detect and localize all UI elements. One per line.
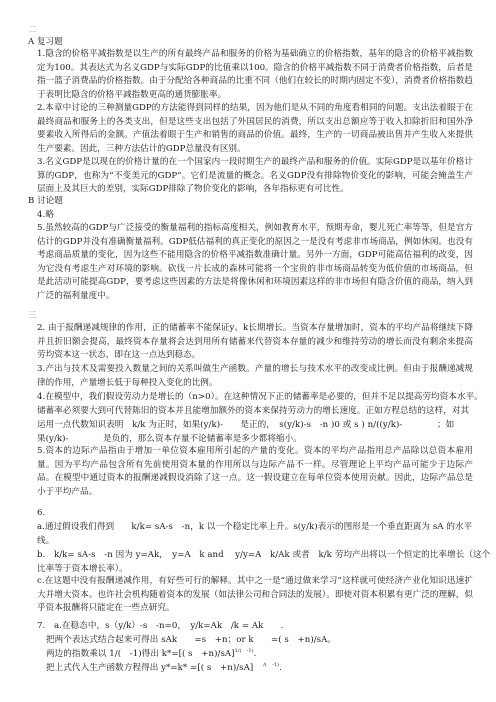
section-marker-three: 三: [28, 310, 37, 322]
answer-3-2: 2. 由于报酬递减规律的作用，正的储蓄率不能保证y、k长期增长。当资本存量增加时…: [37, 322, 473, 363]
answer-7a-line-3-main: 两边的指数乘以 1/( -1)得出 k*=[( s +n)/sA]: [46, 649, 235, 659]
answer-7a-line-3: 两边的指数乘以 1/( -1)得出 k*=[( s +n)/sA]1/( -1)…: [46, 648, 256, 660]
question-6-number: 6.: [37, 507, 45, 519]
answer-7a-line-3-exponent: 1/( -1): [235, 648, 254, 654]
answer-7a-line-4: 把上式代入生产函数方程得出 y*=k* =[( s +n)/sA]/( -1).: [46, 662, 282, 674]
part-a-title: 复习题: [37, 37, 63, 47]
part-b-heading: B 讨论题: [28, 195, 63, 207]
answer-6b-line-1: b. k/k= sA-s -n 因为 y=Ak， y=A k and y/y=A…: [37, 549, 490, 561]
answer-6a-line-1: a.通过假设我们得到 k/k= sA-s -n，k 以一个稳定比率上升。s(y/…: [37, 521, 472, 533]
answer-a1: 1.隐含的价格平减指数是以生产的所有最终产品和服务的价格为基础确立的价格指数，基…: [37, 48, 473, 102]
answer-b5: 5.虽然较高的GDP与广泛接受的衡量福利的指标高度相关，例如教育水平，预期寿命，…: [37, 222, 473, 304]
section-marker-two: 二: [28, 24, 37, 36]
answer-a3: 3.名义GDP是以现在的价格计量的在一个国家内一段时期生产的最终产品和服务的价值…: [37, 156, 473, 197]
answer-b4: 4.略: [37, 209, 54, 221]
answer-3-4-line-1: 4.在模型中，我们假设劳动力是增长的（n>0）。在这种情况下正的储蓄率是必要的，…: [37, 391, 483, 403]
answer-7a-line-4-end: .: [279, 663, 282, 673]
part-b-label: B: [28, 196, 34, 206]
part-a-label: A: [28, 37, 34, 47]
answer-3-4-line-2: 储蓄率必须要大到可代替陈旧的资本并且能增加额外的资本来保持劳动力的增长速度。正如…: [37, 405, 469, 417]
answer-7a-line-1: 7. a.在稳态中，s（y/k）-s -n=0， y/k=Ak /k = Ak …: [37, 620, 283, 632]
answer-3-3: 3.产出与技术及需要投入数量之间的关系叫做生产函数。产量的增长与技术水平的改变成…: [37, 363, 473, 390]
answer-6a-line-2: 线。: [37, 535, 54, 547]
answer-6c: c.在这题中没有报酬递减作用，有好些可行的解释。其中之一是“通过做来学习”这样就…: [37, 575, 473, 616]
document-page: 二 A 复习题 1.隐含的价格平减指数是以生产的所有最终产品和服务的价格为基础确…: [0, 0, 496, 702]
answer-3-4-line-3: 运用一点代数知识表明 k/k 为正时，如果(y/k)- 是正的， s(y/k)-…: [37, 419, 454, 431]
part-b-title: 讨论题: [37, 196, 63, 206]
answer-7a-line-3-end: .: [254, 649, 257, 659]
answer-6b-line-2: 比率等于资本增长率）。: [37, 563, 128, 575]
answer-a2: 2.本章中讨论的三种测量GDP的方法能得到同样的结果，因为他们是从不同的角度看相…: [37, 102, 473, 156]
answer-7a-line-4-main: 把上式代入生产函数方程得出 y*=k* =[( s +n)/sA]: [46, 663, 253, 673]
answer-7a-line-4-exponent: /( -1): [263, 662, 279, 668]
answer-3-5: 5.资本的边际产品指由于增加一单位资本雇用所引起的产量的变化。资本的平均产品指用…: [37, 445, 473, 499]
answer-3-4-line-4: 果(y/k)- 是负的，那么资本存量不论储蓄率是多少都将缩小。: [37, 433, 302, 445]
part-a-heading: A 复习题: [28, 36, 63, 48]
answer-7a-line-2: 把两个表达式结合起来可得出 sAk =s +n；or k =( s +n)/sA…: [46, 634, 336, 646]
